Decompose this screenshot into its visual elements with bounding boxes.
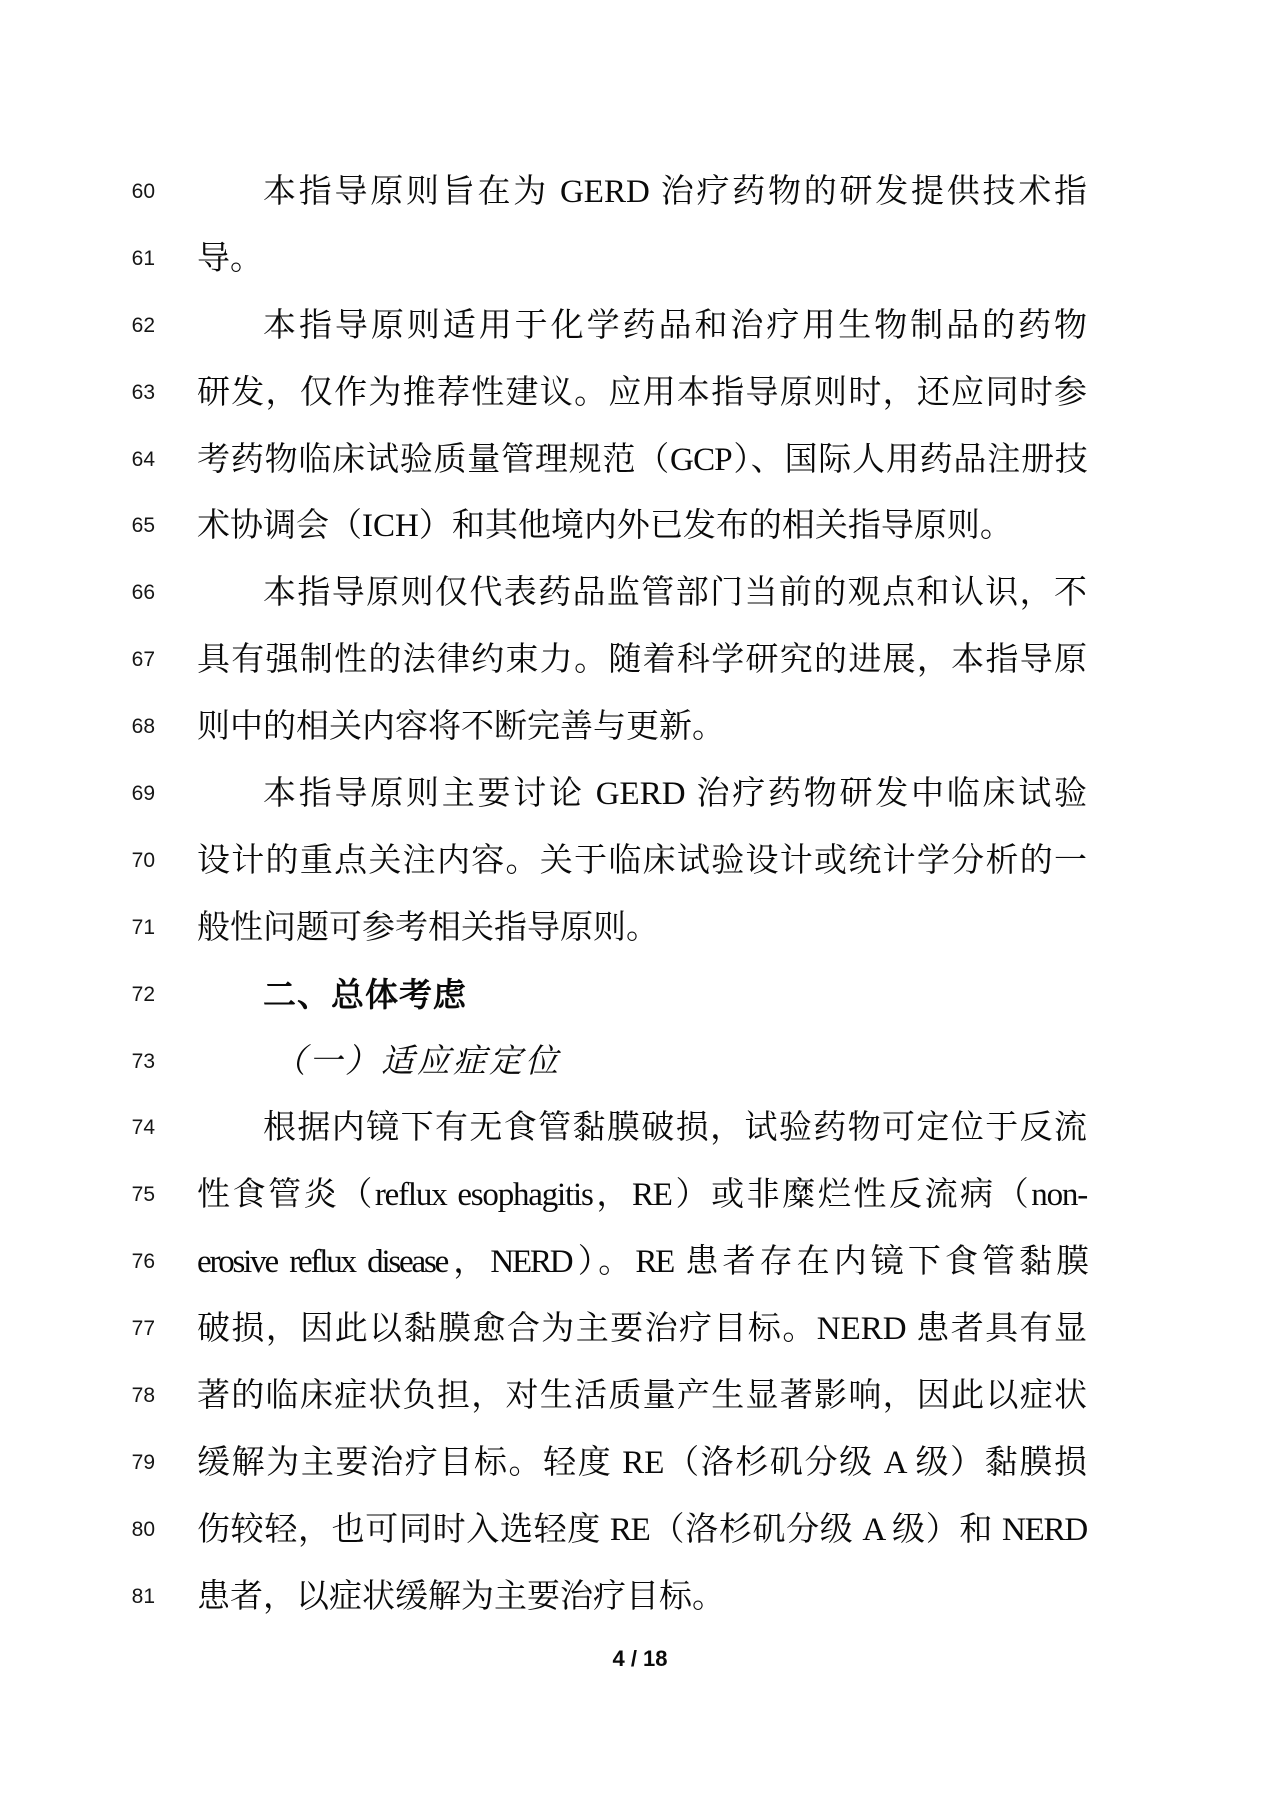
line-text: 本指导原则仅代表药品监管部门当前的观点和认识，不 <box>197 560 1087 627</box>
line-number: 65 <box>105 493 155 560</box>
line-text: 二、总体考虑 <box>197 962 1087 1029</box>
text-line: 77 破损，因此以黏膜愈合为主要治疗目标。NERD 患者具有显 <box>0 1296 1280 1363</box>
line-number: 70 <box>105 828 155 895</box>
text-line: 60 本指导原则旨在为 GERD 治疗药物的研发提供技术指 <box>0 159 1280 226</box>
text-line: 73 （一）适应症定位 <box>0 1029 1280 1096</box>
line-text: 考药物临床试验质量管理规范（GCP）、国际人用药品注册技 <box>197 427 1087 494</box>
text-line: 68 则中的相关内容将不断完善与更新。 <box>0 694 1280 761</box>
line-text: 则中的相关内容将不断完善与更新。 <box>197 694 1087 761</box>
line-text: 设计的重点关注内容。关于临床试验设计或统计学分析的一 <box>197 828 1087 895</box>
line-number: 69 <box>105 761 155 828</box>
text-line: 67 具有强制性的法律约束力。随着科学研究的进展，本指导原 <box>0 627 1280 694</box>
page-number: 4 / 18 <box>0 1646 1280 1672</box>
line-text: 缓解为主要治疗目标。轻度 RE（洛杉矶分级 A 级）黏膜损 <box>197 1430 1087 1497</box>
line-number: 72 <box>105 962 155 1029</box>
text-line: 62 本指导原则适用于化学药品和治疗用生物制品的药物 <box>0 293 1280 360</box>
text-line: 70 设计的重点关注内容。关于临床试验设计或统计学分析的一 <box>0 828 1280 895</box>
text-line: 66 本指导原则仅代表药品监管部门当前的观点和认识，不 <box>0 560 1280 627</box>
line-text: erosive reflux disease，NERD）。RE 患者存在内镜下食… <box>197 1229 1087 1296</box>
line-number: 79 <box>105 1430 155 1497</box>
line-number: 67 <box>105 627 155 694</box>
line-number: 78 <box>105 1363 155 1430</box>
text-line: 65 术协调会（ICH）和其他境内外已发布的相关指导原则。 <box>0 493 1280 560</box>
line-number: 77 <box>105 1296 155 1363</box>
text-line: 74 根据内镜下有无食管黏膜破损，试验药物可定位于反流 <box>0 1095 1280 1162</box>
line-text: 导。 <box>197 226 1087 293</box>
text-line: 63 研发，仅作为推荐性建议。应用本指导原则时，还应同时参 <box>0 360 1280 427</box>
line-text: （一）适应症定位 <box>197 1029 1087 1096</box>
line-number: 75 <box>105 1162 155 1229</box>
line-number: 73 <box>105 1029 155 1096</box>
line-text: 般性问题可参考相关指导原则。 <box>197 895 1087 962</box>
line-text: 本指导原则主要讨论 GERD 治疗药物研发中临床试验 <box>197 761 1087 828</box>
line-text: 破损，因此以黏膜愈合为主要治疗目标。NERD 患者具有显 <box>197 1296 1087 1363</box>
line-number: 60 <box>105 159 155 226</box>
line-number: 68 <box>105 694 155 761</box>
line-number: 74 <box>105 1095 155 1162</box>
text-body: 60 本指导原则旨在为 GERD 治疗药物的研发提供技术指 61 导。 62 本… <box>0 159 1280 1631</box>
text-line: 61 导。 <box>0 226 1280 293</box>
document-page: 60 本指导原则旨在为 GERD 治疗药物的研发提供技术指 61 导。 62 本… <box>0 0 1280 1810</box>
line-number: 71 <box>105 895 155 962</box>
line-number: 81 <box>105 1564 155 1631</box>
line-text: 伤较轻，也可同时入选轻度 RE（洛杉矶分级 A 级）和 NERD <box>197 1497 1087 1564</box>
line-number: 66 <box>105 560 155 627</box>
text-line: 76 erosive reflux disease，NERD）。RE 患者存在内… <box>0 1229 1280 1296</box>
line-text: 著的临床症状负担，对生活质量产生显著影响，因此以症状 <box>197 1363 1087 1430</box>
line-text: 术协调会（ICH）和其他境内外已发布的相关指导原则。 <box>197 493 1087 560</box>
line-number: 80 <box>105 1497 155 1564</box>
line-text: 具有强制性的法律约束力。随着科学研究的进展，本指导原 <box>197 627 1087 694</box>
line-number: 61 <box>105 226 155 293</box>
text-line: 78 著的临床症状负担，对生活质量产生显著影响，因此以症状 <box>0 1363 1280 1430</box>
text-line: 80 伤较轻，也可同时入选轻度 RE（洛杉矶分级 A 级）和 NERD <box>0 1497 1280 1564</box>
text-line: 79 缓解为主要治疗目标。轻度 RE（洛杉矶分级 A 级）黏膜损 <box>0 1430 1280 1497</box>
line-text: 患者，以症状缓解为主要治疗目标。 <box>197 1564 1087 1631</box>
text-line: 71 般性问题可参考相关指导原则。 <box>0 895 1280 962</box>
text-line: 81 患者，以症状缓解为主要治疗目标。 <box>0 1564 1280 1631</box>
line-number: 64 <box>105 427 155 494</box>
text-line: 69 本指导原则主要讨论 GERD 治疗药物研发中临床试验 <box>0 761 1280 828</box>
line-text: 研发，仅作为推荐性建议。应用本指导原则时，还应同时参 <box>197 360 1087 427</box>
line-text: 本指导原则旨在为 GERD 治疗药物的研发提供技术指 <box>197 159 1087 226</box>
line-number: 76 <box>105 1229 155 1296</box>
line-number: 62 <box>105 293 155 360</box>
text-line: 75 性食管炎（reflux esophagitis，RE）或非糜烂性反流病（n… <box>0 1162 1280 1229</box>
text-line: 72 二、总体考虑 <box>0 962 1280 1029</box>
line-text: 性食管炎（reflux esophagitis，RE）或非糜烂性反流病（non- <box>197 1162 1087 1229</box>
line-text: 本指导原则适用于化学药品和治疗用生物制品的药物 <box>197 293 1087 360</box>
line-number: 63 <box>105 360 155 427</box>
line-text: 根据内镜下有无食管黏膜破损，试验药物可定位于反流 <box>197 1095 1087 1162</box>
text-line: 64 考药物临床试验质量管理规范（GCP）、国际人用药品注册技 <box>0 427 1280 494</box>
